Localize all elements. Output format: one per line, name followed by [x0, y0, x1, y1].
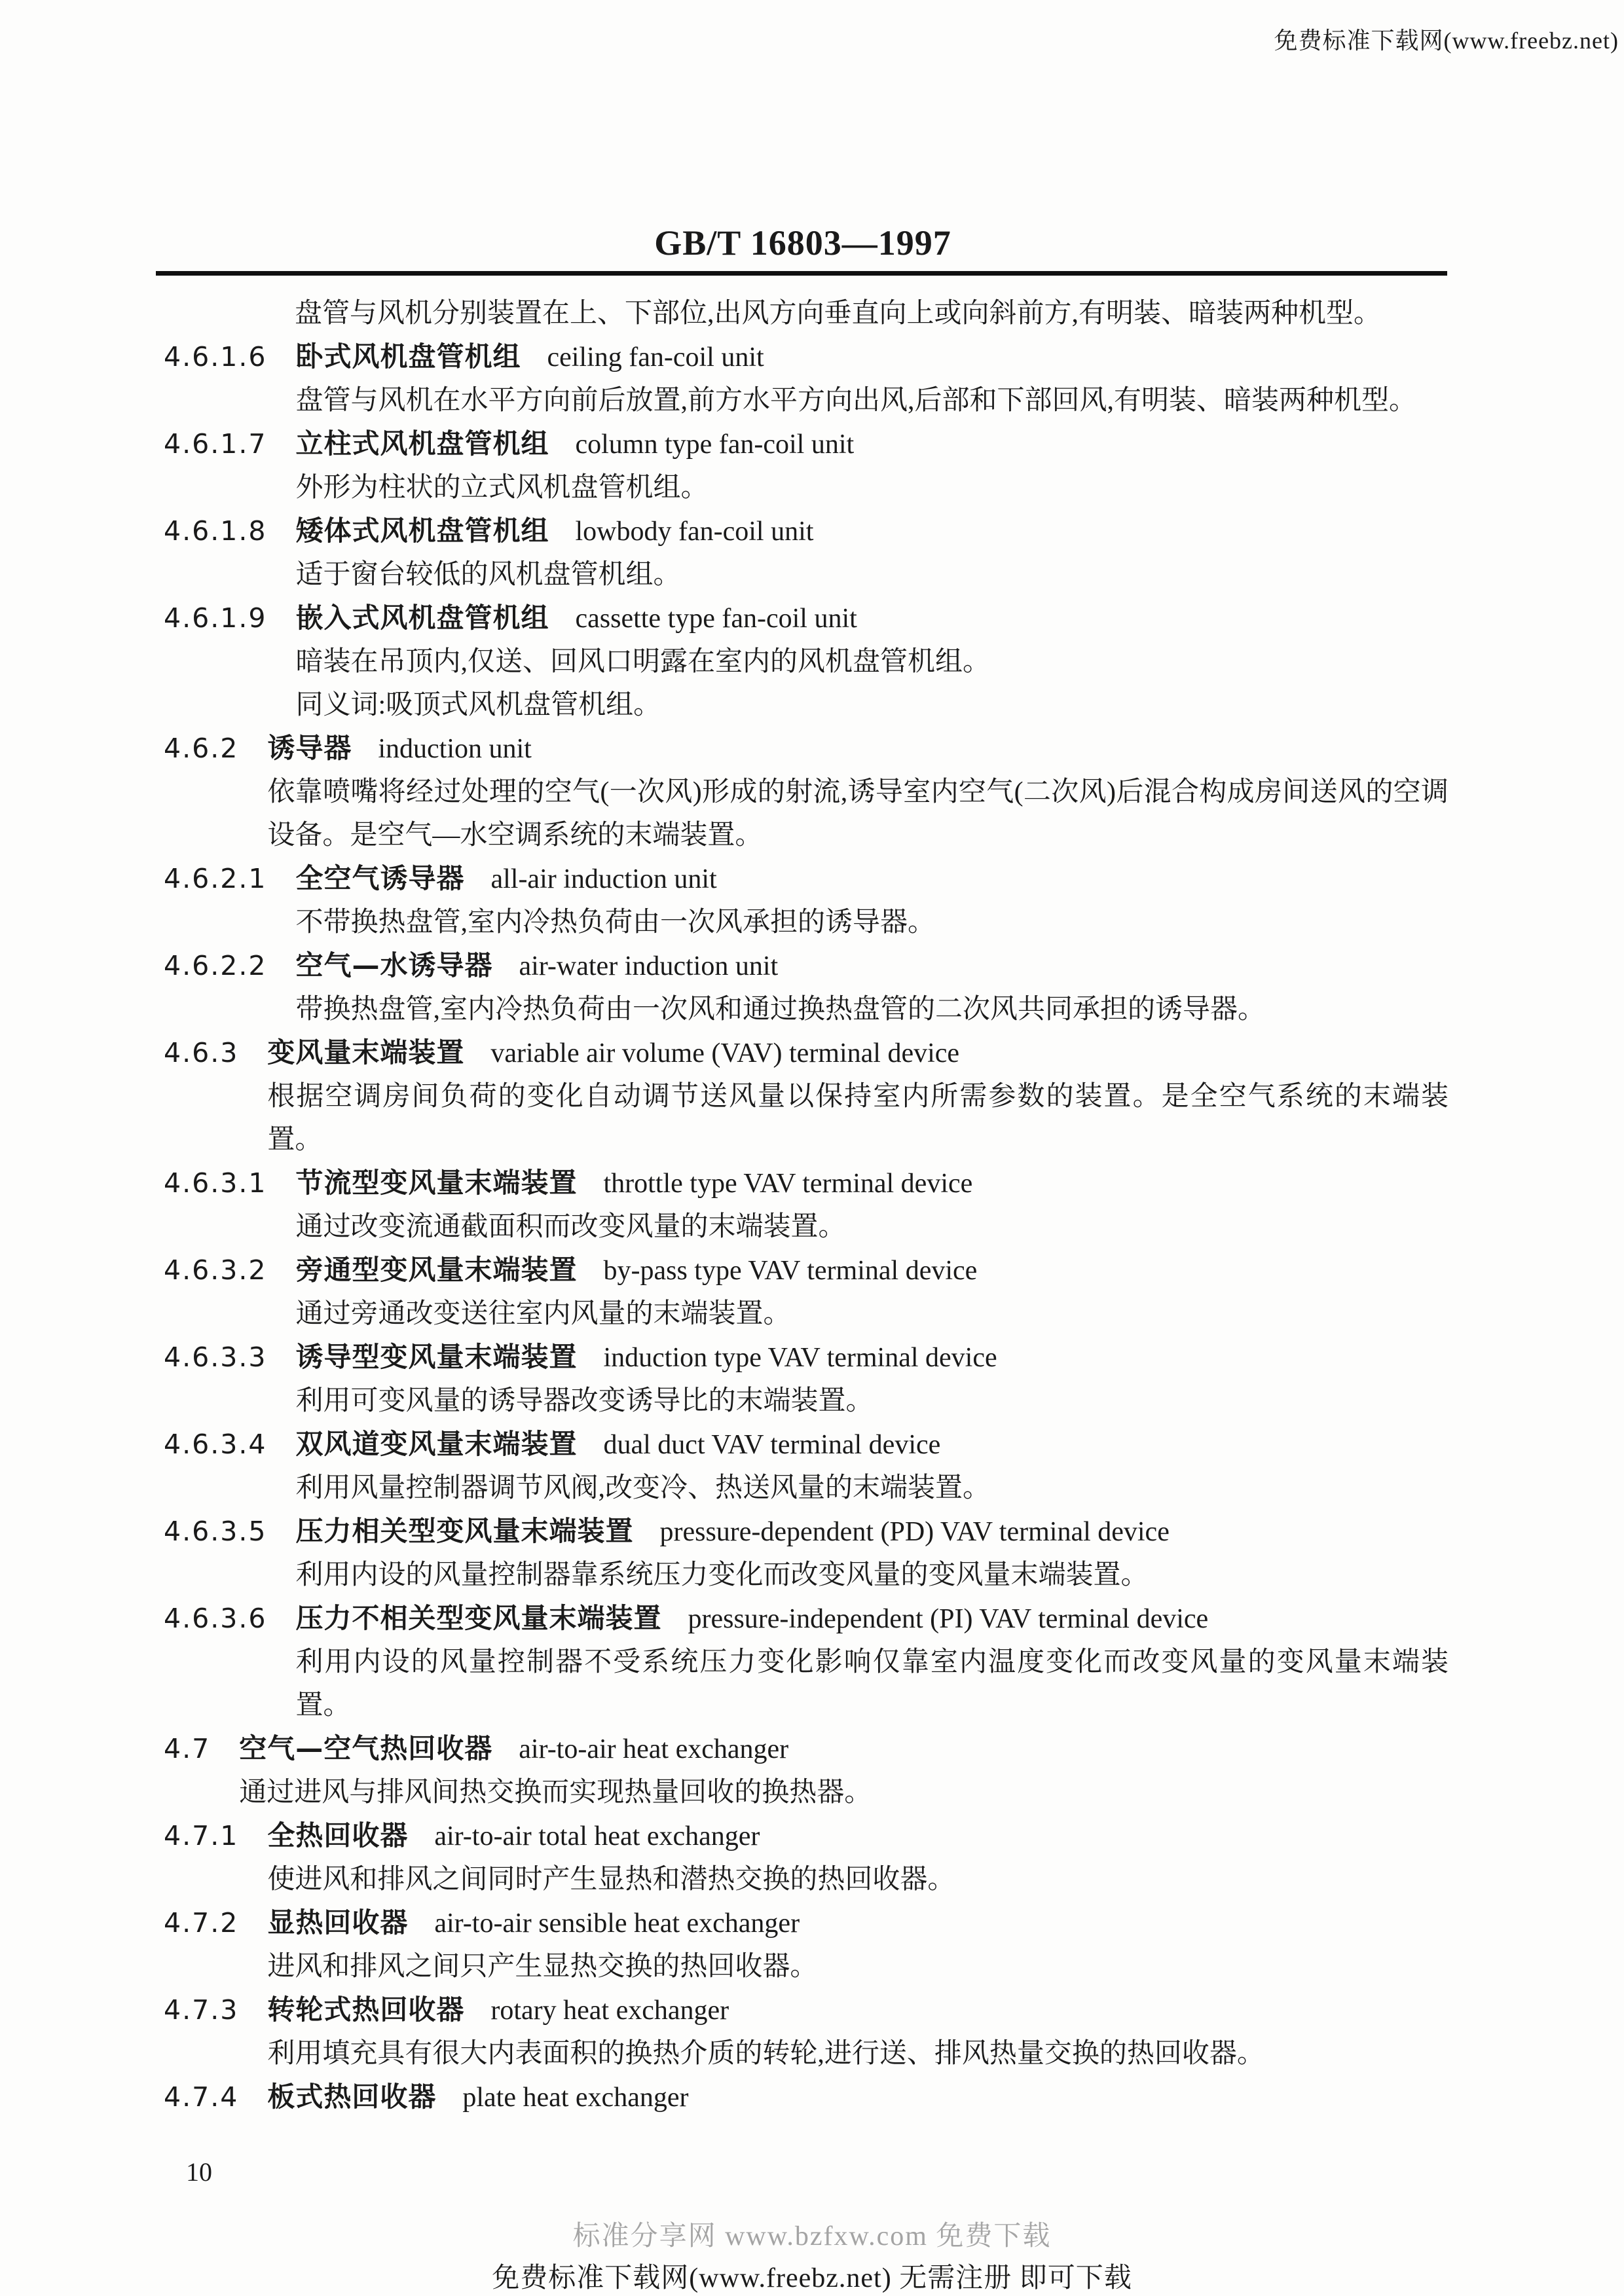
- term-english: column type fan-coil unit: [575, 429, 854, 460]
- definition-text: 带换热盘管,室内冷热负荷由一次风和通过换热盘管的二次风共同承担的诱导器。: [295, 988, 1449, 1031]
- section-number: 4.6.3.6: [164, 1597, 267, 1640]
- section-number: 4.6.1.7: [164, 422, 267, 465]
- page-number: 10: [186, 2157, 212, 2187]
- term-english: air-to-air heat exchanger: [519, 1734, 788, 1764]
- term-chinese: 旁通型变风量末端装置: [295, 1254, 577, 1286]
- section-number: 4.6.1.8: [164, 509, 267, 553]
- term-line: 诱导器induction unit: [267, 727, 1449, 771]
- term-entry: 4.6.3.5 压力相关型变风量末端装置pressure-dependent (…: [164, 1510, 1449, 1597]
- term-line: 转轮式热回收器rotary heat exchanger: [267, 1988, 1449, 2032]
- section-number: 4.6.2.1: [164, 857, 267, 900]
- entry-body: 旁通型变风量末端装置by-pass type VAV terminal devi…: [295, 1248, 1449, 1336]
- definition-text: 同义词:吸顶式风机盘管机组。: [295, 683, 1449, 727]
- definition-text: 适于窗台较低的风机盘管机组。: [295, 553, 1449, 596]
- term-english: induction type VAV terminal device: [603, 1343, 997, 1373]
- term-line: 矮体式风机盘管机组lowbody fan-coil unit: [295, 509, 1449, 553]
- term-chinese: 变风量末端装置: [267, 1036, 464, 1068]
- entry-body: 压力不相关型变风量末端装置pressure-independent (PI) V…: [295, 1597, 1449, 1727]
- section-number: 4.7.3: [164, 1988, 238, 2032]
- term-english: dual duct VAV terminal device: [603, 1430, 940, 1460]
- term-english: lowbody fan-coil unit: [575, 517, 813, 547]
- term-chinese: 节流型变风量末端装置: [295, 1167, 577, 1199]
- term-entry: 4.6.3.4 双风道变风量末端装置dual duct VAV terminal…: [164, 1423, 1449, 1510]
- definition-text: 利用填充具有很大内表面积的换热介质的转轮,进行送、排风热量交换的热回收器。: [267, 2032, 1449, 2075]
- definition-text: 依靠喷嘴将经过处理的空气(一次风)形成的射流,诱导室内空气(二次风)后混合构成房…: [267, 771, 1449, 857]
- term-english: plate heat exchanger: [462, 2083, 688, 2113]
- entry-body: 节流型变风量末端装置throttle type VAV terminal dev…: [295, 1161, 1449, 1248]
- term-entry: 4.6.2.2 空气—水诱导器air-water induction unit …: [164, 944, 1449, 1031]
- term-entry: 4.7.4 板式热回收器plate heat exchanger: [164, 2075, 1449, 2119]
- definition-text: 进风和排风之间只产生显热交换的热回收器。: [267, 1945, 1449, 1988]
- definition-text: 使进风和排风之间同时产生显热和潜热交换的热回收器。: [267, 1858, 1449, 1901]
- term-english: cassette type fan-coil unit: [575, 604, 857, 634]
- term-line: 旁通型变风量末端装置by-pass type VAV terminal devi…: [295, 1248, 1449, 1292]
- definition-text: 根据空调房间负荷的变化自动调节送风量以保持室内所需参数的装置。是全空气系统的末端…: [267, 1075, 1449, 1161]
- definition-text: 外形为柱状的立式风机盘管机组。: [295, 466, 1449, 509]
- entry-body: 诱导器induction unit 依靠喷嘴将经过处理的空气(一次风)形成的射流…: [267, 727, 1449, 857]
- term-line: 变风量末端装置variable air volume (VAV) termina…: [267, 1031, 1449, 1075]
- term-entry: 4.6.1.7 立柱式风机盘管机组column type fan-coil un…: [164, 422, 1449, 509]
- term-chinese: 压力相关型变风量末端装置: [295, 1515, 633, 1547]
- term-english: induction unit: [378, 734, 532, 764]
- section-number: 4.6.3: [164, 1031, 238, 1074]
- term-chinese: 转轮式热回收器: [267, 1994, 464, 2026]
- entry-body: 全热回收器air-to-air total heat exchanger 使进风…: [267, 1814, 1449, 1901]
- term-entry: 4.7.3 转轮式热回收器rotary heat exchanger 利用填充具…: [164, 1988, 1449, 2075]
- term-english: air-to-air total heat exchanger: [434, 1821, 760, 1851]
- entry-body: 空气—水诱导器air-water induction unit 带换热盘管,室内…: [295, 944, 1449, 1031]
- term-chinese: 全空气诱导器: [295, 862, 464, 894]
- term-english: ceiling fan-coil unit: [547, 342, 764, 373]
- section-number: 4.6.1.6: [164, 335, 267, 378]
- term-entry: 4.6.3.3 诱导型变风量末端装置induction type VAV ter…: [164, 1336, 1449, 1423]
- term-entry: 4.7.2 显热回收器air-to-air sensible heat exch…: [164, 1901, 1449, 1988]
- term-english: throttle type VAV terminal device: [603, 1169, 972, 1199]
- entry-body: 矮体式风机盘管机组lowbody fan-coil unit 适于窗台较低的风机…: [295, 509, 1449, 596]
- term-chinese: 矮体式风机盘管机组: [295, 515, 549, 547]
- standard-number: GB/T 16803—1997: [157, 223, 1449, 263]
- section-number: 4.6.2.2: [164, 944, 267, 987]
- term-entry: 4.6.1.9 嵌入式风机盘管机组cassette type fan-coil …: [164, 596, 1449, 727]
- term-entry: 盘管与风机分别装置在上、下部位,出风方向垂直向上或向斜前方,有明装、暗装两种机型…: [164, 292, 1449, 335]
- entry-body: 嵌入式风机盘管机组cassette type fan-coil unit 暗装在…: [295, 596, 1449, 727]
- term-chinese: 全热回收器: [267, 1819, 408, 1851]
- term-entry: 4.6.1.6 卧式风机盘管机组ceiling fan-coil unit 盘管…: [164, 335, 1449, 422]
- definition-text: 利用内设的风量控制器靠系统压力变化而改变风量的变风量末端装置。: [295, 1554, 1449, 1597]
- entry-body: 转轮式热回收器rotary heat exchanger 利用填充具有很大内表面…: [267, 1988, 1449, 2075]
- section-number: 4.6.3.2: [164, 1248, 267, 1292]
- term-entry: 4.7 空气—空气热回收器air-to-air heat exchanger 通…: [164, 1727, 1449, 1814]
- definition-text: 利用内设的风量控制器不受系统压力变化影响仅靠室内温度变化而改变风量的变风量末端装…: [295, 1641, 1449, 1727]
- term-entry: 4.6.2.1 全空气诱导器all-air induction unit 不带换…: [164, 857, 1449, 944]
- term-line: 压力相关型变风量末端装置pressure-dependent (PD) VAV …: [295, 1510, 1449, 1554]
- definition-text: 通过进风与排风间热交换而实现热量回收的换热器。: [239, 1771, 1449, 1814]
- term-line: 卧式风机盘管机组ceiling fan-coil unit: [295, 335, 1449, 379]
- section-number: 4.6.3.5: [164, 1510, 267, 1553]
- term-english: pressure-dependent (PD) VAV terminal dev…: [659, 1517, 1169, 1547]
- definition-text: 盘管与风机分别装置在上、下部位,出风方向垂直向上或向斜前方,有明装、暗装两种机型…: [295, 292, 1449, 335]
- term-chinese: 嵌入式风机盘管机组: [295, 602, 549, 634]
- document-page: 免费标准下载网(www.freebz.net) GB/T 16803—1997 …: [0, 0, 1624, 2296]
- term-line: 嵌入式风机盘管机组cassette type fan-coil unit: [295, 596, 1449, 640]
- top-site-note: 免费标准下载网(www.freebz.net): [1274, 22, 1619, 56]
- download-watermark: 免费标准下载网(www.freebz.net) 无需注册 即可下载: [0, 2256, 1624, 2295]
- term-chinese: 卧式风机盘管机组: [295, 340, 521, 373]
- entry-body: 盘管与风机分别装置在上、下部位,出风方向垂直向上或向斜前方,有明装、暗装两种机型…: [295, 292, 1449, 335]
- entry-body: 立柱式风机盘管机组column type fan-coil unit 外形为柱状…: [295, 422, 1449, 509]
- term-line: 全热回收器air-to-air total heat exchanger: [267, 1814, 1449, 1858]
- term-chinese: 空气—空气热回收器: [239, 1732, 492, 1764]
- term-english: air-water induction unit: [519, 951, 778, 981]
- entry-body: 双风道变风量末端装置dual duct VAV terminal device …: [295, 1423, 1449, 1510]
- term-entry: 4.7.1 全热回收器air-to-air total heat exchang…: [164, 1814, 1449, 1901]
- term-chinese: 诱导型变风量末端装置: [295, 1341, 577, 1373]
- entry-body: 空气—空气热回收器air-to-air heat exchanger 通过进风与…: [239, 1727, 1449, 1814]
- header-rule: [156, 271, 1447, 276]
- term-english: variable air volume (VAV) terminal devic…: [490, 1038, 959, 1068]
- section-number: 4.6.3.3: [164, 1336, 267, 1379]
- entry-body: 显热回收器air-to-air sensible heat exchanger …: [267, 1901, 1449, 1988]
- section-number: 4.7.2: [164, 1901, 238, 1944]
- term-chinese: 立柱式风机盘管机组: [295, 428, 549, 460]
- term-english: by-pass type VAV terminal device: [603, 1256, 977, 1286]
- entry-body: 全空气诱导器all-air induction unit 不带换热盘管,室内冷热…: [295, 857, 1449, 944]
- term-line: 全空气诱导器all-air induction unit: [295, 857, 1449, 901]
- term-line: 双风道变风量末端装置dual duct VAV terminal device: [295, 1423, 1449, 1467]
- section-number: 4.7: [164, 1727, 210, 1770]
- entry-body: 压力相关型变风量末端装置pressure-dependent (PD) VAV …: [295, 1510, 1449, 1597]
- term-english: pressure-independent (PI) VAV terminal d…: [688, 1604, 1208, 1634]
- term-line: 节流型变风量末端装置throttle type VAV terminal dev…: [295, 1161, 1449, 1205]
- term-entry: 4.6.1.8 矮体式风机盘管机组lowbody fan-coil unit 适…: [164, 509, 1449, 596]
- section-number: 4.7.1: [164, 1814, 238, 1857]
- section-number: 4.6.3.1: [164, 1161, 267, 1205]
- term-entry: 4.6.3.2 旁通型变风量末端装置by-pass type VAV termi…: [164, 1248, 1449, 1336]
- section-number: 4.7.4: [164, 2075, 238, 2119]
- term-chinese: 空气—水诱导器: [295, 949, 492, 981]
- entry-body: 诱导型变风量末端装置induction type VAV terminal de…: [295, 1336, 1449, 1423]
- term-line: 显热回收器air-to-air sensible heat exchanger: [267, 1901, 1449, 1945]
- term-line: 压力不相关型变风量末端装置pressure-independent (PI) V…: [295, 1597, 1449, 1641]
- section-number: 4.6.2: [164, 727, 238, 770]
- term-line: 空气—水诱导器air-water induction unit: [295, 944, 1449, 988]
- entry-body: 卧式风机盘管机组ceiling fan-coil unit 盘管与风机在水平方向…: [295, 335, 1449, 422]
- share-watermark: 标准分享网 www.bzfxw.com 免费下载: [0, 2214, 1624, 2253]
- term-entry: 4.6.3 变风量末端装置variable air volume (VAV) t…: [164, 1031, 1449, 1161]
- definition-text: 盘管与风机在水平方向前后放置,前方水平方向出风,后部和下部回风,有明装、暗装两种…: [295, 379, 1449, 422]
- term-line: 立柱式风机盘管机组column type fan-coil unit: [295, 422, 1449, 466]
- term-chinese: 板式热回收器: [267, 2081, 436, 2113]
- term-line: 诱导型变风量末端装置induction type VAV terminal de…: [295, 1336, 1449, 1379]
- term-entry: 4.6.2 诱导器induction unit 依靠喷嘴将经过处理的空气(一次风…: [164, 727, 1449, 857]
- term-chinese: 双风道变风量末端装置: [295, 1428, 577, 1460]
- entry-body: 板式热回收器plate heat exchanger: [267, 2075, 1449, 2119]
- term-chinese: 诱导器: [267, 732, 352, 764]
- definition-text: 暗装在吊顶内,仅送、回风口明露在室内的风机盘管机组。: [295, 640, 1449, 683]
- definition-text: 通过改变流通截面积而改变风量的末端装置。: [295, 1205, 1449, 1248]
- section-number: 4.6.3.4: [164, 1423, 267, 1466]
- term-english: air-to-air sensible heat exchanger: [434, 1908, 800, 1939]
- term-english: rotary heat exchanger: [490, 1995, 729, 2026]
- term-line: 空气—空气热回收器air-to-air heat exchanger: [239, 1727, 1449, 1771]
- term-line: 板式热回收器plate heat exchanger: [267, 2075, 1449, 2119]
- entry-body: 变风量末端装置variable air volume (VAV) termina…: [267, 1031, 1449, 1161]
- term-chinese: 压力不相关型变风量末端装置: [295, 1602, 661, 1634]
- term-english: all-air induction unit: [490, 864, 716, 894]
- term-entry: 4.6.3.1 节流型变风量末端装置throttle type VAV term…: [164, 1161, 1449, 1248]
- definition-text: 利用风量控制器调节风阀,改变冷、热送风量的末端装置。: [295, 1467, 1449, 1510]
- definition-text: 通过旁通改变送往室内风量的末端装置。: [295, 1292, 1449, 1336]
- terminology-entries: 盘管与风机分别装置在上、下部位,出风方向垂直向上或向斜前方,有明装、暗装两种机型…: [164, 292, 1449, 2119]
- definition-text: 不带换热盘管,室内冷热负荷由一次风承担的诱导器。: [295, 901, 1449, 944]
- definition-text: 利用可变风量的诱导器改变诱导比的末端装置。: [295, 1379, 1449, 1423]
- term-chinese: 显热回收器: [267, 1906, 408, 1939]
- section-number: 4.6.1.9: [164, 596, 267, 640]
- term-entry: 4.6.3.6 压力不相关型变风量末端装置pressure-independen…: [164, 1597, 1449, 1727]
